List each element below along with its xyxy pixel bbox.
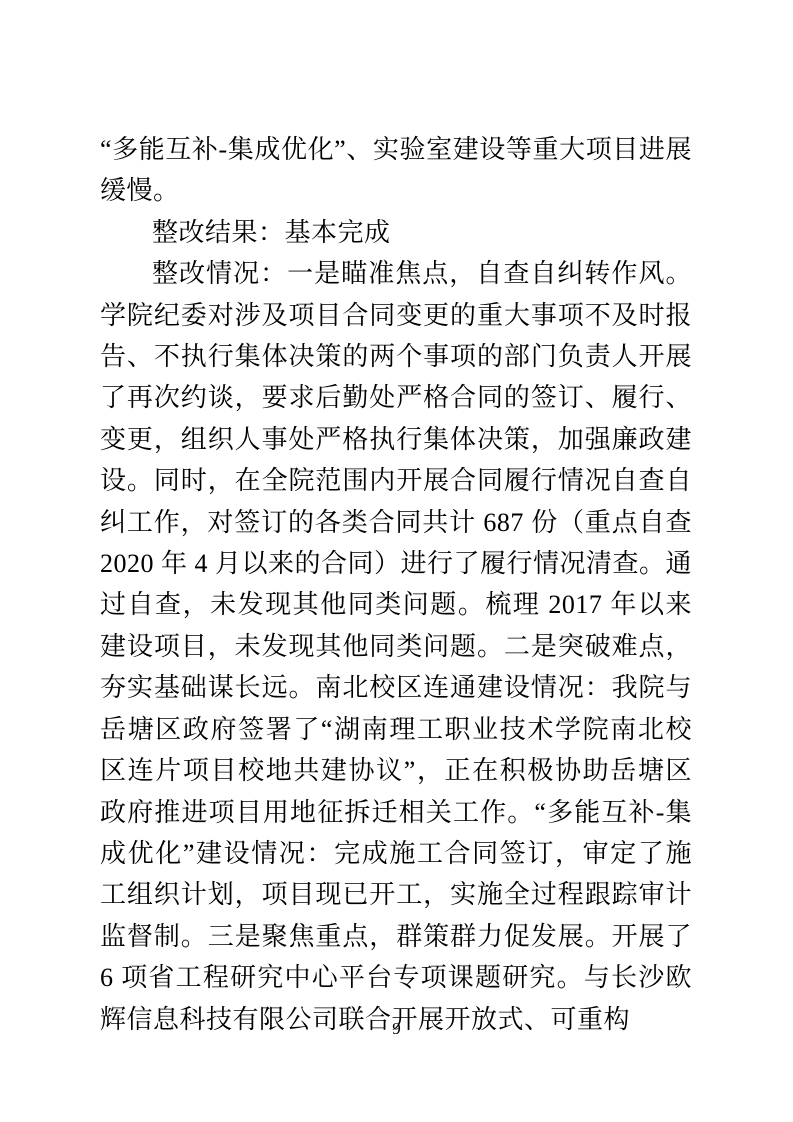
paragraph-continuation: “多能互补-集成优化”、实验室建设等重大项目进展缓慢。 <box>100 129 692 212</box>
page-body: “多能互补-集成优化”、实验室建设等重大项目进展缓慢。 整改结果：基本完成 整改… <box>100 129 692 1040</box>
paragraph-rectification-details: 整改情况：一是瞄准焦点，自查自纠转作风。学院纪委对涉及项目合同变更的重大事项不及… <box>100 253 692 1040</box>
page-number: 9 <box>0 1018 793 1040</box>
document-page: “多能互补-集成优化”、实验室建设等重大项目进展缓慢。 整改结果：基本完成 整改… <box>0 0 793 1122</box>
paragraph-rectification-result: 整改结果：基本完成 <box>100 212 692 253</box>
